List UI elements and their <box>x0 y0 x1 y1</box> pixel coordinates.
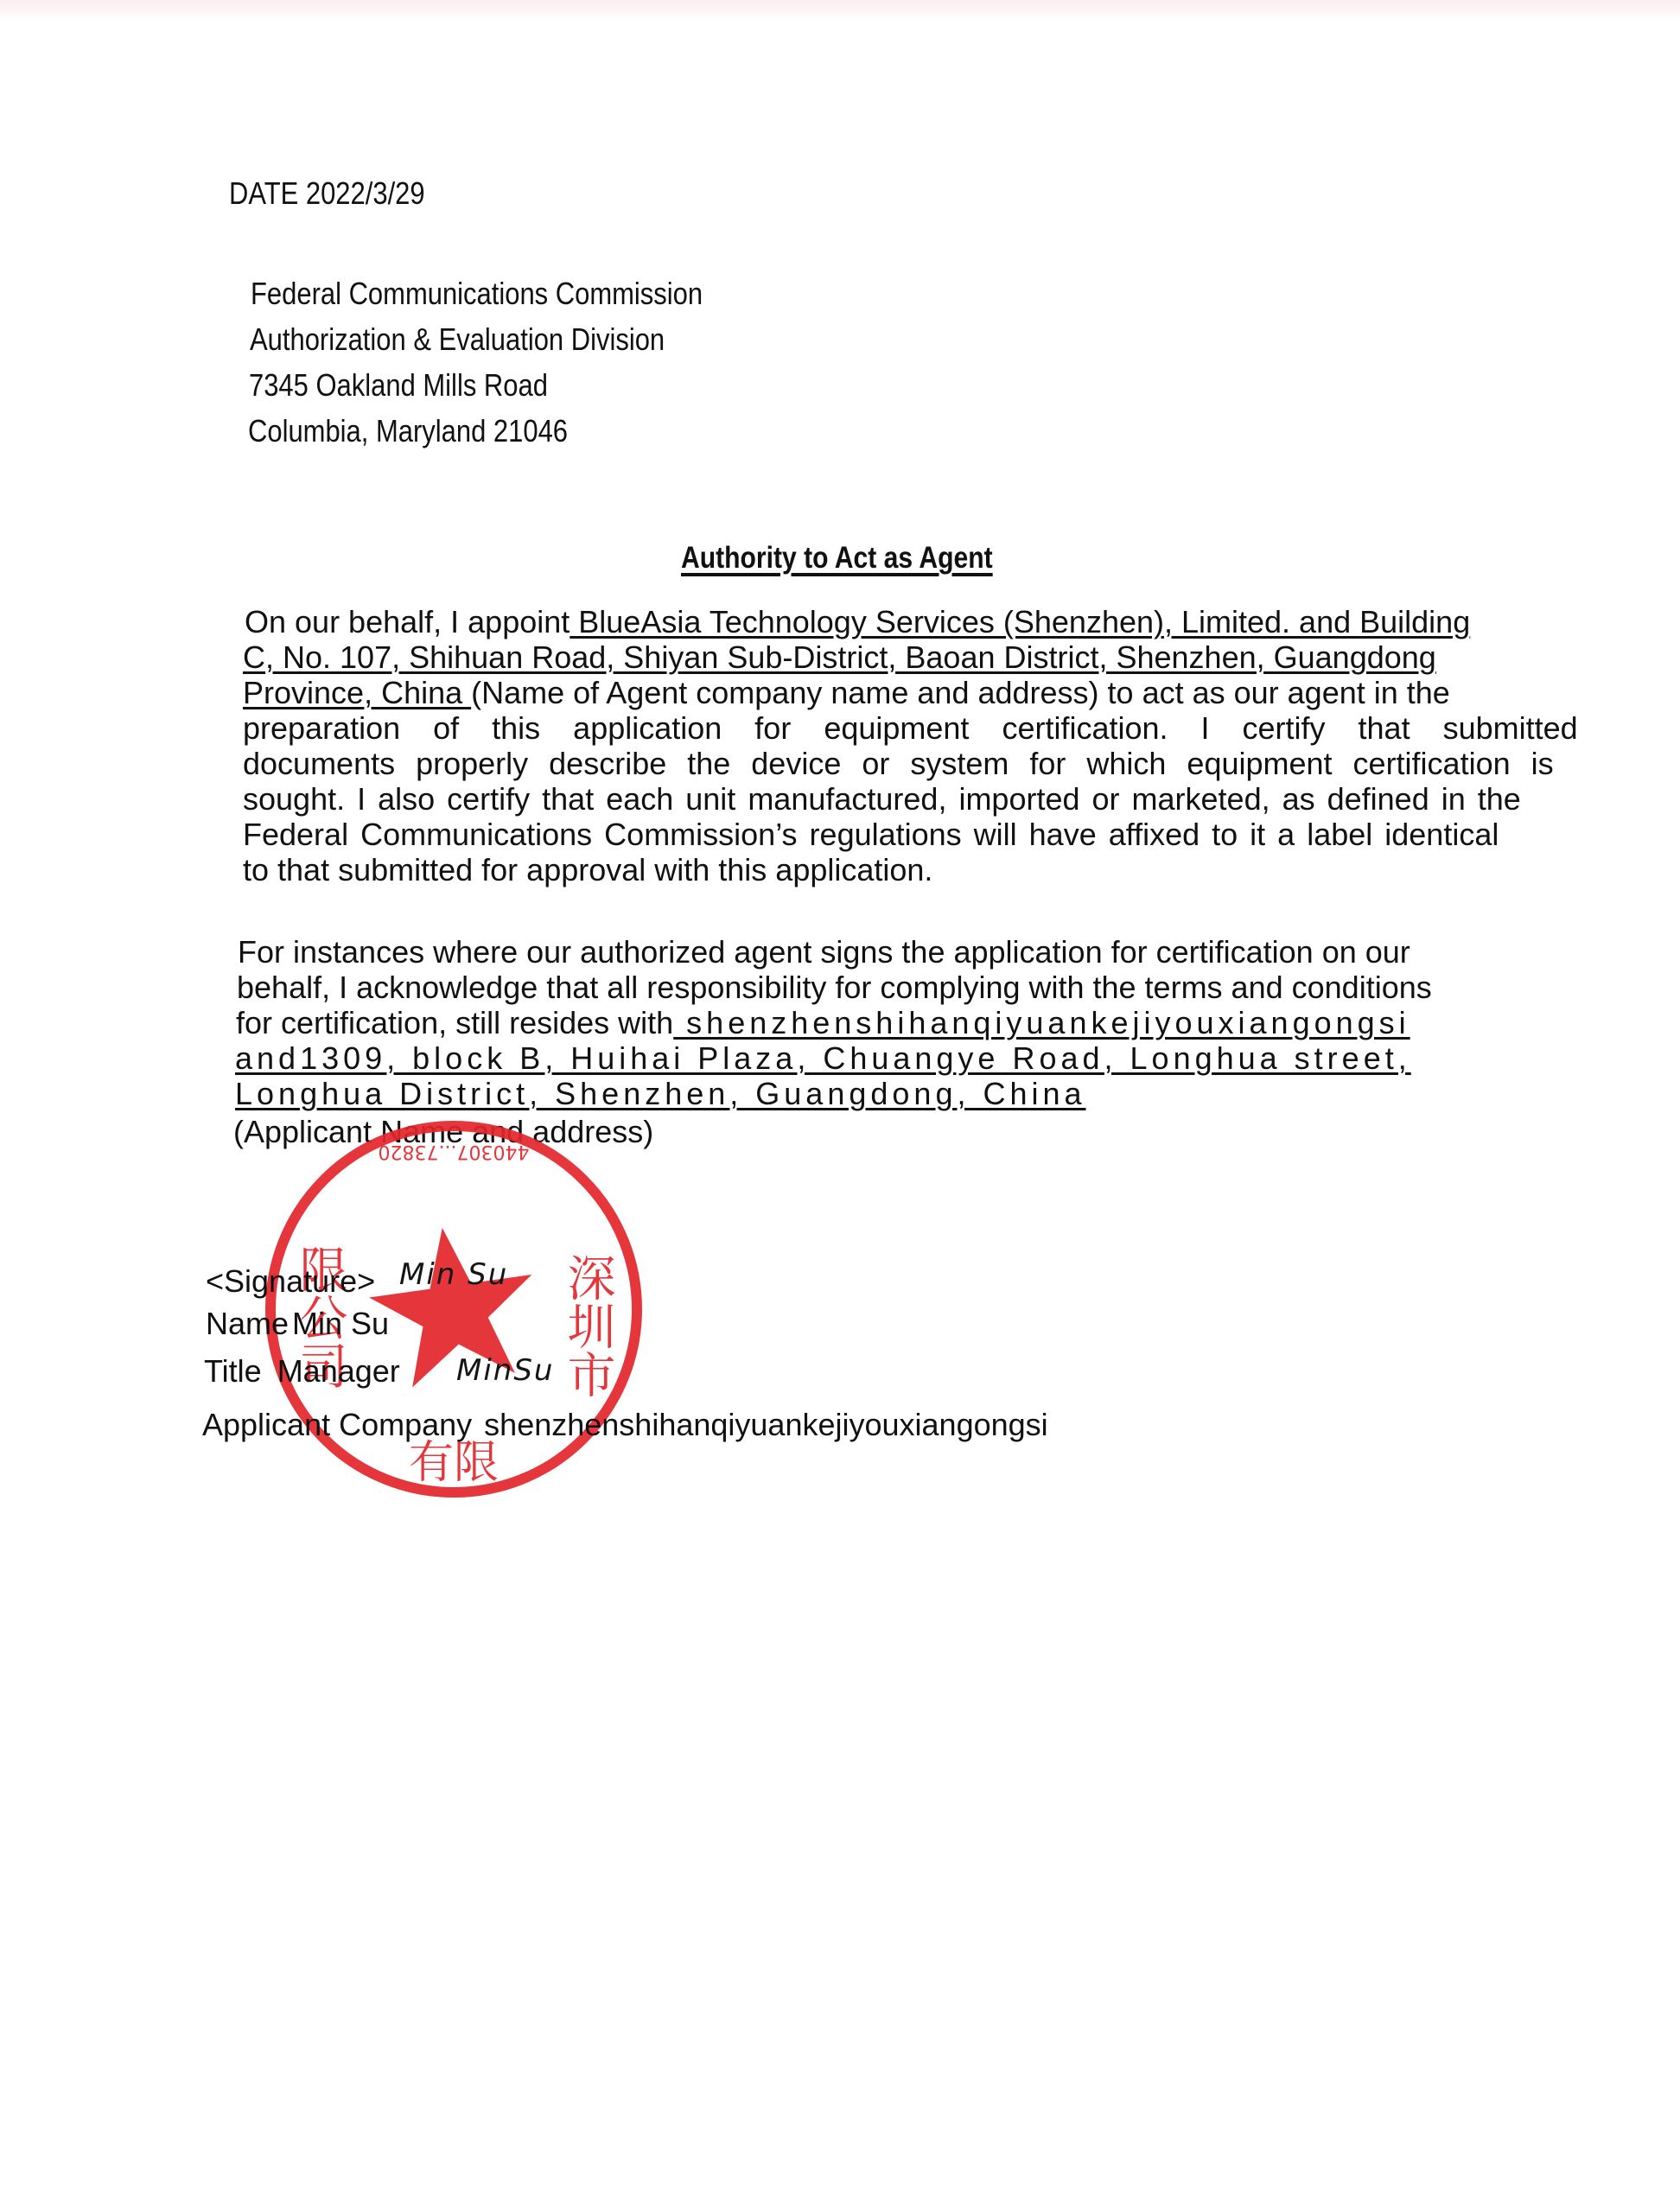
text: On our behalf, I appoint <box>245 604 570 639</box>
paragraph-line: for certification, still resides with sh… <box>236 1006 1410 1040</box>
text: (Name of Agent company name and address)… <box>471 675 1450 710</box>
agent-address-field: C, No. 107, Shihuan Road, Shiyan Sub-Dis… <box>243 640 1436 675</box>
handwritten-initials: MinSu <box>456 1353 554 1388</box>
handwritten-signature: Min Su <box>399 1257 508 1292</box>
paragraph-line: sought. I also certify that each unit ma… <box>243 782 1506 817</box>
applicant-address-field: Longhua District, Shenzhen, Guangdong, C… <box>235 1077 1086 1111</box>
paragraph-line: On our behalf, I appoint BlueAsia Techno… <box>245 605 1506 639</box>
paragraph-line: preparation of this application for equi… <box>243 711 1506 746</box>
company-row: Applicant Companyshenzhenshihanqiyuankej… <box>202 1408 1048 1442</box>
paragraph-line: documents properly describe the device o… <box>243 747 1506 781</box>
seal-characters-bottom: 有限 <box>409 1437 499 1489</box>
scan-edge-tint <box>0 0 1680 22</box>
text: for certification, still resides with <box>236 1005 673 1040</box>
agent-name-field: BlueAsia Technology Services (Shenzhen),… <box>570 604 1470 639</box>
recipient-line: Authorization & Evaluation Division <box>250 322 665 357</box>
title-label: Title <box>204 1353 262 1389</box>
signature-label: <Signature> <box>206 1264 375 1299</box>
applicant-name-field: shenzhenshihanqiyuankejiyouxiangongsi <box>673 1005 1410 1040</box>
recipient-line: 7345 Oakland Mills Road <box>249 368 548 403</box>
seal-serial: 440307...73820 <box>379 1141 530 1162</box>
paragraph-line: Federal Communications Commission’s regu… <box>243 817 1506 852</box>
name-row: NameMin Su <box>206 1307 389 1341</box>
paragraph-line: C, No. 107, Shihuan Road, Shiyan Sub-Dis… <box>243 640 1506 675</box>
recipient-line: Federal Communications Commission <box>251 277 703 311</box>
paragraph-line: behalf, I acknowledge that all responsib… <box>237 970 1432 1005</box>
document-title: Authority to Act as Agent <box>681 541 993 576</box>
seal-characters-right: 深圳市 <box>560 1253 616 1398</box>
recipient-line: Columbia, Maryland 21046 <box>248 414 568 448</box>
company-label: Applicant Company <box>202 1407 472 1442</box>
date-line: DATE 2022/3/29 <box>229 176 425 211</box>
company-value: shenzhenshihanqiyuankejiyouxiangongsi <box>484 1407 1047 1442</box>
paragraph-line: For instances where our authorized agent… <box>238 935 1410 970</box>
agent-address-field: Province, China <box>243 675 471 710</box>
applicant-address-field: and1309, block B, Huihai Plaza, Chuangye… <box>235 1041 1411 1076</box>
paragraph-line: to that submitted for approval with this… <box>243 853 932 887</box>
name-label: Name <box>206 1306 289 1341</box>
title-row: TitleManager <box>204 1354 400 1389</box>
paragraph-line: Province, China (Name of Agent company n… <box>243 676 1506 710</box>
name-value: Min Su <box>292 1306 389 1341</box>
title-value: Manager <box>277 1353 400 1389</box>
